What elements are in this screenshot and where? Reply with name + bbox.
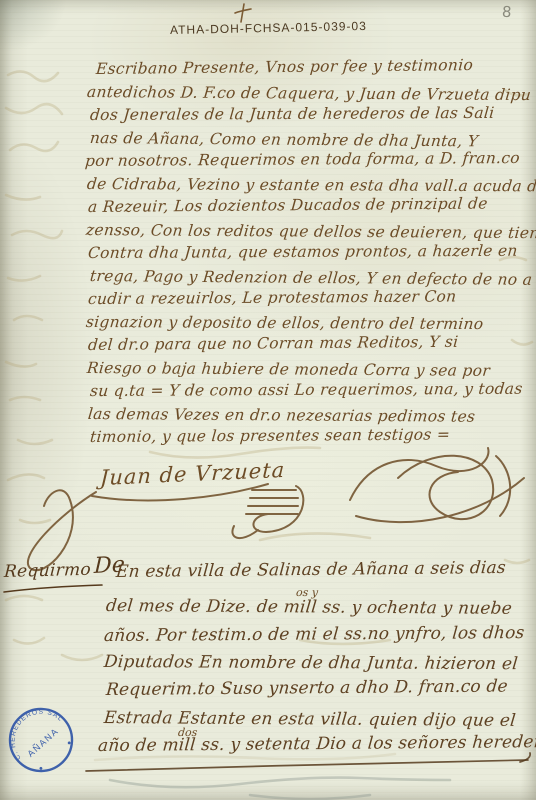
manuscript-line: del dr.o para que no Corran mas Reditos,… <box>87 333 459 354</box>
manuscript-line: En esta villa de Salinas de Añana a seis… <box>115 558 506 582</box>
stamp-center-text: AÑANA <box>25 726 60 759</box>
manuscript-line: nas de Añana, Como en nombre de dha Junt… <box>89 129 479 150</box>
manuscript-line: a Rezeuir, Los dozientos Ducados de prin… <box>87 195 488 217</box>
signature-flourish-left <box>28 484 268 570</box>
signature-flourish-right <box>350 448 524 522</box>
manuscript-line: zensso, Con los reditos que dellos se de… <box>85 221 536 242</box>
manuscript-line: antedichos D. F.co de Caquera, y Juan de… <box>86 83 532 104</box>
margin-note-requerimiento: Requirmo <box>3 560 91 582</box>
closing-rule <box>86 760 528 771</box>
manuscript-line: Contra dha Junta, que estamos prontos, a… <box>87 242 518 262</box>
manuscript-line: timonio, y que los presentes sean testig… <box>89 425 451 446</box>
manuscript-line: cudir a rezeuirlos, Le protestamos hazer… <box>87 287 457 308</box>
manuscript-line: Riesgo o baja hubiere de moneda Corra y … <box>86 359 491 380</box>
superscript-insert: os y <box>295 586 318 599</box>
margin-note-underline <box>4 585 102 592</box>
signature-paraph <box>232 486 303 538</box>
archive-stamp: C. HEREDEROS SALINAS AÑANA <box>0 691 90 790</box>
manuscript-line: por nosotros. Requerimos en toda forma, … <box>84 149 520 170</box>
manuscript-line: dos Jenerales de la Junta de herederos d… <box>89 104 495 124</box>
manuscript-line: años. Por testim.o de mi el ss.no ynfro,… <box>103 623 525 646</box>
manuscript-line: su q.ta = Y de como assi Lo requerimos, … <box>89 380 523 400</box>
manuscript-line: año de mill ss. y setenta Dio a los seño… <box>97 732 536 756</box>
closing-rule-hook <box>520 753 530 762</box>
manuscript-line: Diputados En nombre de dha Junta. hizier… <box>103 652 519 674</box>
ink-cross-icon <box>235 4 251 22</box>
page-number: 8 <box>501 3 512 22</box>
archival-reference-code: ATHA-DOH-FCHSA-015-039-03 <box>170 19 367 37</box>
manuscript-line: trega, Pago y Redenzion de ellos, Y en d… <box>89 267 533 289</box>
manuscript-line: Requerim.to Suso ynserto a dho D. fran.c… <box>105 676 508 700</box>
manuscript-line: de Cidraba, Vezino y estante en esta dha… <box>86 175 536 196</box>
manuscript-line: las demas Vezes en dr.o nezesarias pedim… <box>87 405 476 426</box>
manuscript-line: del mes de Dize. de mill ss. y ochenta y… <box>105 596 513 619</box>
manuscript-line: Estrada Estante en esta villa. quien dij… <box>103 708 517 731</box>
bleedthrough-bottom-strokes <box>110 778 450 799</box>
manuscript-page: ATHA-DOH-FCHSA-015-039-03 8 Escribano Pr… <box>0 0 536 800</box>
manuscript-line: Escribano Presente, Vnos por fee y testi… <box>95 56 473 78</box>
signature-left-name: Juan de Vrzueta <box>99 458 285 490</box>
superscript-insert-2: dos <box>177 726 197 739</box>
manuscript-line: signazion y deposito de ellos, dentro de… <box>85 313 484 333</box>
